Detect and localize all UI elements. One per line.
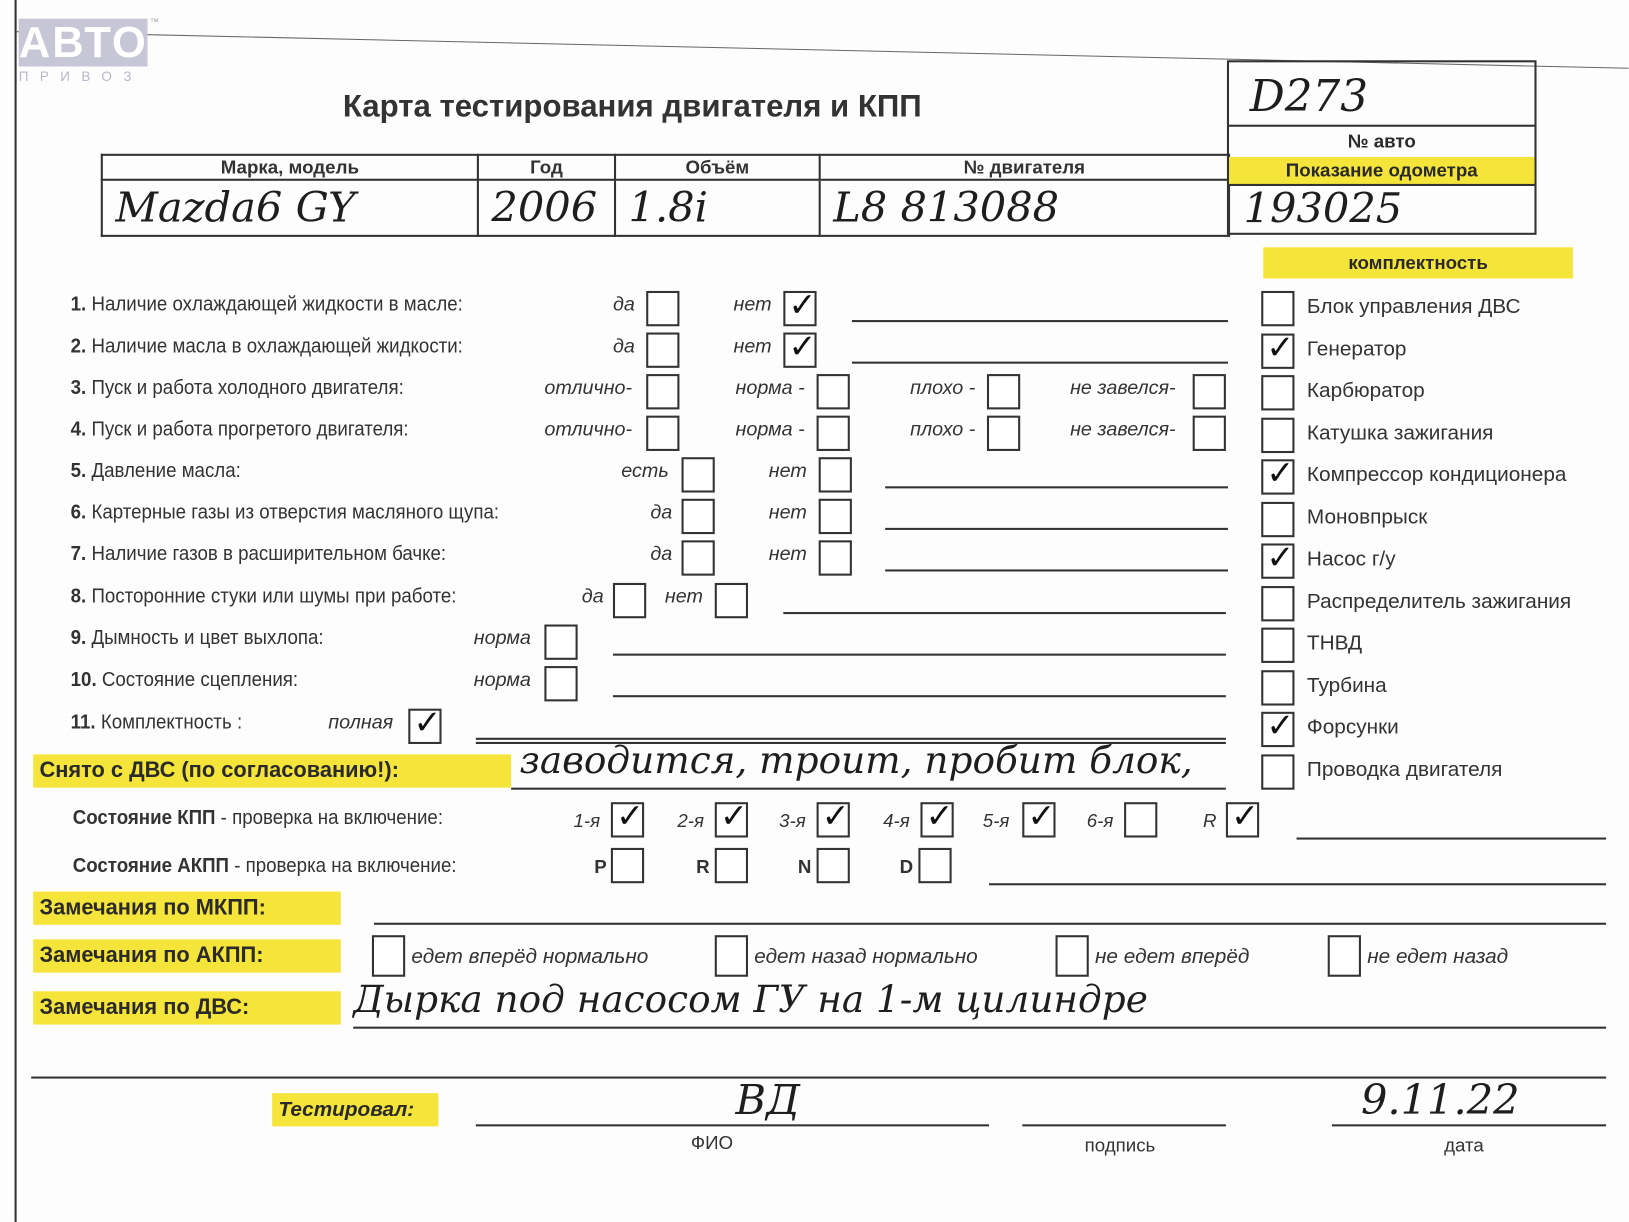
question-9: 9. Дымность и цвет выхлопа: [71,627,324,651]
gear-checkbox[interactable]: ✓ [1226,802,1259,837]
kit-item-checkbox[interactable]: ✓ [1261,459,1294,494]
option-label: да [582,586,604,609]
option-label: нет [769,460,807,483]
tested-label: Тестировал: [272,1093,438,1126]
check-mark-icon: ✓ [1266,706,1294,745]
kit-item-label: Насос г/у [1307,548,1396,572]
dvs-remarks-line [353,1027,1606,1029]
check-mark-icon: ✓ [1027,796,1055,835]
kit-item-label: Блок управления ДВС [1307,295,1521,319]
akpp-remark-checkbox[interactable] [715,935,748,977]
question-3-option-checkbox[interactable] [987,374,1020,409]
col-year: Год [478,155,615,180]
question-1-option-checkbox[interactable] [646,291,679,326]
option-label: не завелся- [1070,419,1176,442]
date-caption: дата [1444,1135,1484,1157]
odometer-field[interactable]: 193025 [1244,185,1403,233]
kit-item-label: ТНВД [1307,632,1362,656]
question-5-option-checkbox[interactable] [819,457,852,492]
logo-subtitle: ПРИВОЗ [19,69,143,85]
question-2-note-line[interactable] [852,362,1228,364]
manual-gearbox-label: Состояние КПП - проверка на включение: [73,806,443,830]
question-4-option-checkbox[interactable] [987,416,1020,451]
kit-item-label: Форсунки [1307,716,1399,740]
kit-item-label: Катушка зажигания [1307,421,1493,445]
question-5-note-line[interactable] [885,486,1228,488]
question-2-option-checkbox[interactable]: ✓ [783,333,816,368]
option-label: есть [621,460,668,483]
check-mark-icon: ✓ [789,285,817,324]
col-make-model: Марка, модель [102,155,478,180]
option-label: плохо - [910,419,975,442]
gear-checkbox[interactable]: ✓ [1022,802,1055,837]
question-number: 10. [71,668,102,691]
check-mark-icon: ✓ [413,702,441,741]
removed-label: Снято с ДВС (по согласованию!): [33,754,511,787]
dvs-remarks-field[interactable]: Дырка под насосом ГУ на 1-м цилиндре [353,979,1148,1022]
question-8-note-line[interactable] [783,612,1226,614]
dvs-remarks-label: Замечания по ДВС: [33,991,341,1024]
question-10-option-checkbox[interactable] [544,666,577,701]
logo-tm: ™ [150,17,159,27]
question-2-option-checkbox[interactable] [646,333,679,368]
option-label: нет [769,502,807,525]
question-5-option-checkbox[interactable] [682,457,715,492]
question-4-option-checkbox[interactable] [646,416,679,451]
auto-number-field[interactable]: D273 [1250,71,1368,122]
gear-checkbox[interactable]: ✓ [920,802,953,837]
question-text: Пуск и работа прогретого двигателя: [91,418,408,441]
tester-name-field[interactable]: ВД [736,1077,800,1125]
question-6: 6. Картерные газы из отверстия масляного… [71,501,499,525]
question-9-note-line[interactable] [613,654,1226,656]
option-label: норма - [736,419,805,442]
removed-line [511,788,1226,790]
check-mark-icon: ✓ [926,796,954,835]
tester-name-caption: ФИО [691,1133,733,1155]
kit-item-label: Турбина [1307,674,1387,698]
option-label: норма [474,669,531,692]
gear-label: 1-я [573,810,600,832]
page-edge [15,0,17,1222]
question-11: 11. Комплектность : [71,711,243,735]
question-number: 3. [71,376,92,399]
kit-item-checkbox[interactable] [1261,586,1294,621]
year-field[interactable]: 2006 [478,180,615,236]
question-text: Дымность и цвет выхлопа: [91,627,323,650]
question-4-option-checkbox[interactable] [1193,416,1226,451]
removed-field[interactable]: заводится, троит, пробит блок, [519,740,1192,783]
kit-item-checkbox[interactable]: ✓ [1261,543,1294,578]
gear-label: 4-я [883,810,910,832]
option-label: норма [474,628,531,651]
option-label: плохо - [910,377,975,400]
gear-label: 5-я [983,810,1010,832]
question-text: Комплектность : [101,711,242,734]
gear-label: 6-я [1087,810,1114,832]
signature-line[interactable] [1022,1124,1226,1126]
akpp-remarks-label: Замечания по АКПП: [33,939,341,972]
kit-item-label: Генератор [1307,337,1407,361]
signature-caption: подпись [1085,1135,1156,1157]
akpp-position-label: P [594,856,606,878]
col-volume: Объём [615,155,820,180]
kit-item-checkbox[interactable] [1261,670,1294,705]
auto-number-label: № авто [1229,125,1534,160]
question-10: 10. Состояние сцепления: [71,668,298,692]
question-1-option-checkbox[interactable]: ✓ [783,291,816,326]
question-3-option-checkbox[interactable] [817,374,850,409]
question-text: Наличие газов в расширительном бачке: [91,542,446,565]
question-number: 5. [71,459,92,482]
vehicle-info-table: Марка, модель Год Объём № двигателя Mazd… [101,154,1230,237]
akpp-remark-checkbox[interactable] [1328,935,1361,977]
question-6-note-line[interactable] [885,528,1228,530]
question-7-note-line[interactable] [885,569,1228,571]
question-6-option-checkbox[interactable] [682,499,715,534]
engine-number-field[interactable]: L8 813088 [820,180,1229,236]
question-number: 9. [71,627,92,650]
check-mark-icon: ✓ [1266,327,1294,366]
question-text: Картерные газы из отверстия масляного щу… [91,501,499,524]
question-8: 8. Посторонние стуки или шумы при работе… [71,585,457,609]
question-text: Наличие масла в охлаждающей жидкости: [91,335,462,358]
question-8-option-checkbox[interactable] [715,583,748,618]
akpp-remark-checkbox[interactable] [372,935,405,977]
engine-test-card: АВТО ™ ПРИВОЗ Карта тестирования двигате… [0,0,1629,1222]
question-3-option-checkbox[interactable] [1193,374,1226,409]
question-text: Посторонние стуки или шумы при работе: [91,585,456,608]
option-label: не завелся- [1070,377,1176,400]
option-label: нет [665,586,703,609]
question-1: 1. Наличие охлаждающей жидкости в масле: [71,293,463,317]
akpp-position-checkbox[interactable] [817,848,850,883]
logo: АВТО [19,19,148,67]
question-number: 6. [71,501,92,524]
option-label: отлично- [544,419,632,442]
volume-field[interactable]: 1.8i [615,180,820,236]
gear-checkbox[interactable] [1124,802,1157,837]
gear-checkbox[interactable]: ✓ [817,802,850,837]
check-mark-icon: ✓ [1231,796,1259,835]
option-label: отлично- [544,377,632,400]
question-text: Наличие охлаждающей жидкости в масле: [91,293,462,316]
question-4: 4. Пуск и работа прогретого двигателя: [71,418,409,442]
kit-item-label: Компрессор кондиционера [1307,463,1566,487]
question-text: Пуск и работа холодного двигателя: [91,376,403,399]
make-model-field[interactable]: Mazda6 GY [102,180,478,236]
check-mark-icon: ✓ [789,326,817,365]
question-number: 8. [71,585,92,608]
question-5: 5. Давление масла: [71,459,241,483]
question-text: Давление масла: [91,459,240,482]
question-6-option-checkbox[interactable] [819,499,852,534]
question-11-option-checkbox[interactable]: ✓ [408,709,441,744]
auto-box: D273 № авто Показание одометра 193025 [1227,60,1537,235]
gear-label: 2-я [677,810,704,832]
question-text: Состояние сцепления: [102,668,298,691]
option-label: норма - [736,377,805,400]
gear-label: R [1203,810,1217,832]
option-label: да [613,336,635,359]
question-number: 11. [71,711,101,734]
kit-item-label: Проводка двигателя [1307,758,1502,782]
mkpp-remarks-label: Замечания по МКПП: [33,892,341,925]
kit-item-label: Распределитель зажигания [1307,590,1571,614]
tester-name-line [476,1124,989,1126]
akpp-position-checkbox[interactable] [918,848,951,883]
akpp-position-label: D [900,856,914,878]
option-label: нет [769,543,807,566]
question-10-note-line[interactable] [613,695,1226,697]
akpp-position-checkbox[interactable] [715,848,748,883]
kit-item-label: Моновпрыск [1307,506,1427,530]
akpp-remark-checkbox[interactable] [1056,935,1089,977]
question-number: 1. [71,293,92,316]
question-7: 7. Наличие газов в расширительном бачке: [71,542,446,566]
kit-item-checkbox[interactable]: ✓ [1261,712,1294,747]
question-3-option-checkbox[interactable] [646,374,679,409]
kit-item-checkbox[interactable]: ✓ [1261,333,1294,368]
gear-checkbox[interactable]: ✓ [715,802,748,837]
mkpp-remarks-line[interactable] [374,923,1606,925]
kit-item-checkbox[interactable] [1261,754,1294,789]
gear-label: 3-я [779,810,806,832]
akpp-position-checkbox[interactable] [611,848,644,883]
check-mark-icon: ✓ [822,796,850,835]
akpp-position-label: N [798,856,812,878]
question-4-option-checkbox[interactable] [817,416,850,451]
kit-item-checkbox[interactable] [1261,375,1294,410]
option-label: полная [328,712,393,735]
question-2: 2. Наличие масла в охлаждающей жидкости: [71,335,463,359]
akpp-remark-label: не едет назад [1367,946,1508,970]
question-8-option-checkbox[interactable] [613,583,646,618]
question-number: 2. [71,335,92,358]
auto-gearbox-line [989,883,1606,885]
manual-gearbox-line [1297,838,1607,840]
removed-line-top [476,742,1226,744]
kit-item-checkbox[interactable] [1261,501,1294,536]
question-number: 4. [71,418,92,441]
col-engine-number: № двигателя [820,155,1229,180]
check-mark-icon: ✓ [1266,453,1294,492]
option-label: да [650,502,672,525]
question-3: 3. Пуск и работа холодного двигателя: [71,376,404,400]
date-line [1332,1124,1606,1126]
kit-header: комплектность [1263,247,1573,278]
odometer-label: Показание одометра [1229,157,1534,186]
kit-item-label: Карбюратор [1307,379,1425,403]
page-title: Карта тестирования двигателя и КПП [343,89,922,124]
date-field[interactable]: 9.11.22 [1361,1077,1520,1125]
check-mark-icon: ✓ [1266,537,1294,576]
akpp-remark-label: не едет вперёд [1095,946,1249,970]
auto-gearbox-label: Состояние АКПП - проверка на включение: [73,854,457,878]
question-7-option-checkbox[interactable] [819,540,852,575]
check-mark-icon: ✓ [616,796,644,835]
option-label: нет [733,336,771,359]
akpp-remark-label: едет вперёд нормально [411,946,648,970]
check-mark-icon: ✓ [720,796,748,835]
option-label: нет [733,294,771,317]
option-label: да [650,543,672,566]
gear-checkbox[interactable]: ✓ [611,802,644,837]
kit-item-checkbox[interactable] [1261,417,1294,452]
option-label: да [613,294,635,317]
kit-item-checkbox[interactable] [1261,628,1294,663]
akpp-position-label: R [696,856,710,878]
question-1-note-line[interactable] [852,320,1228,322]
akpp-remark-label: едет назад нормально [754,946,978,970]
question-number: 7. [71,542,92,565]
question-7-option-checkbox[interactable] [682,540,715,575]
kit-item-checkbox[interactable] [1261,291,1294,326]
question-9-option-checkbox[interactable] [544,624,577,659]
